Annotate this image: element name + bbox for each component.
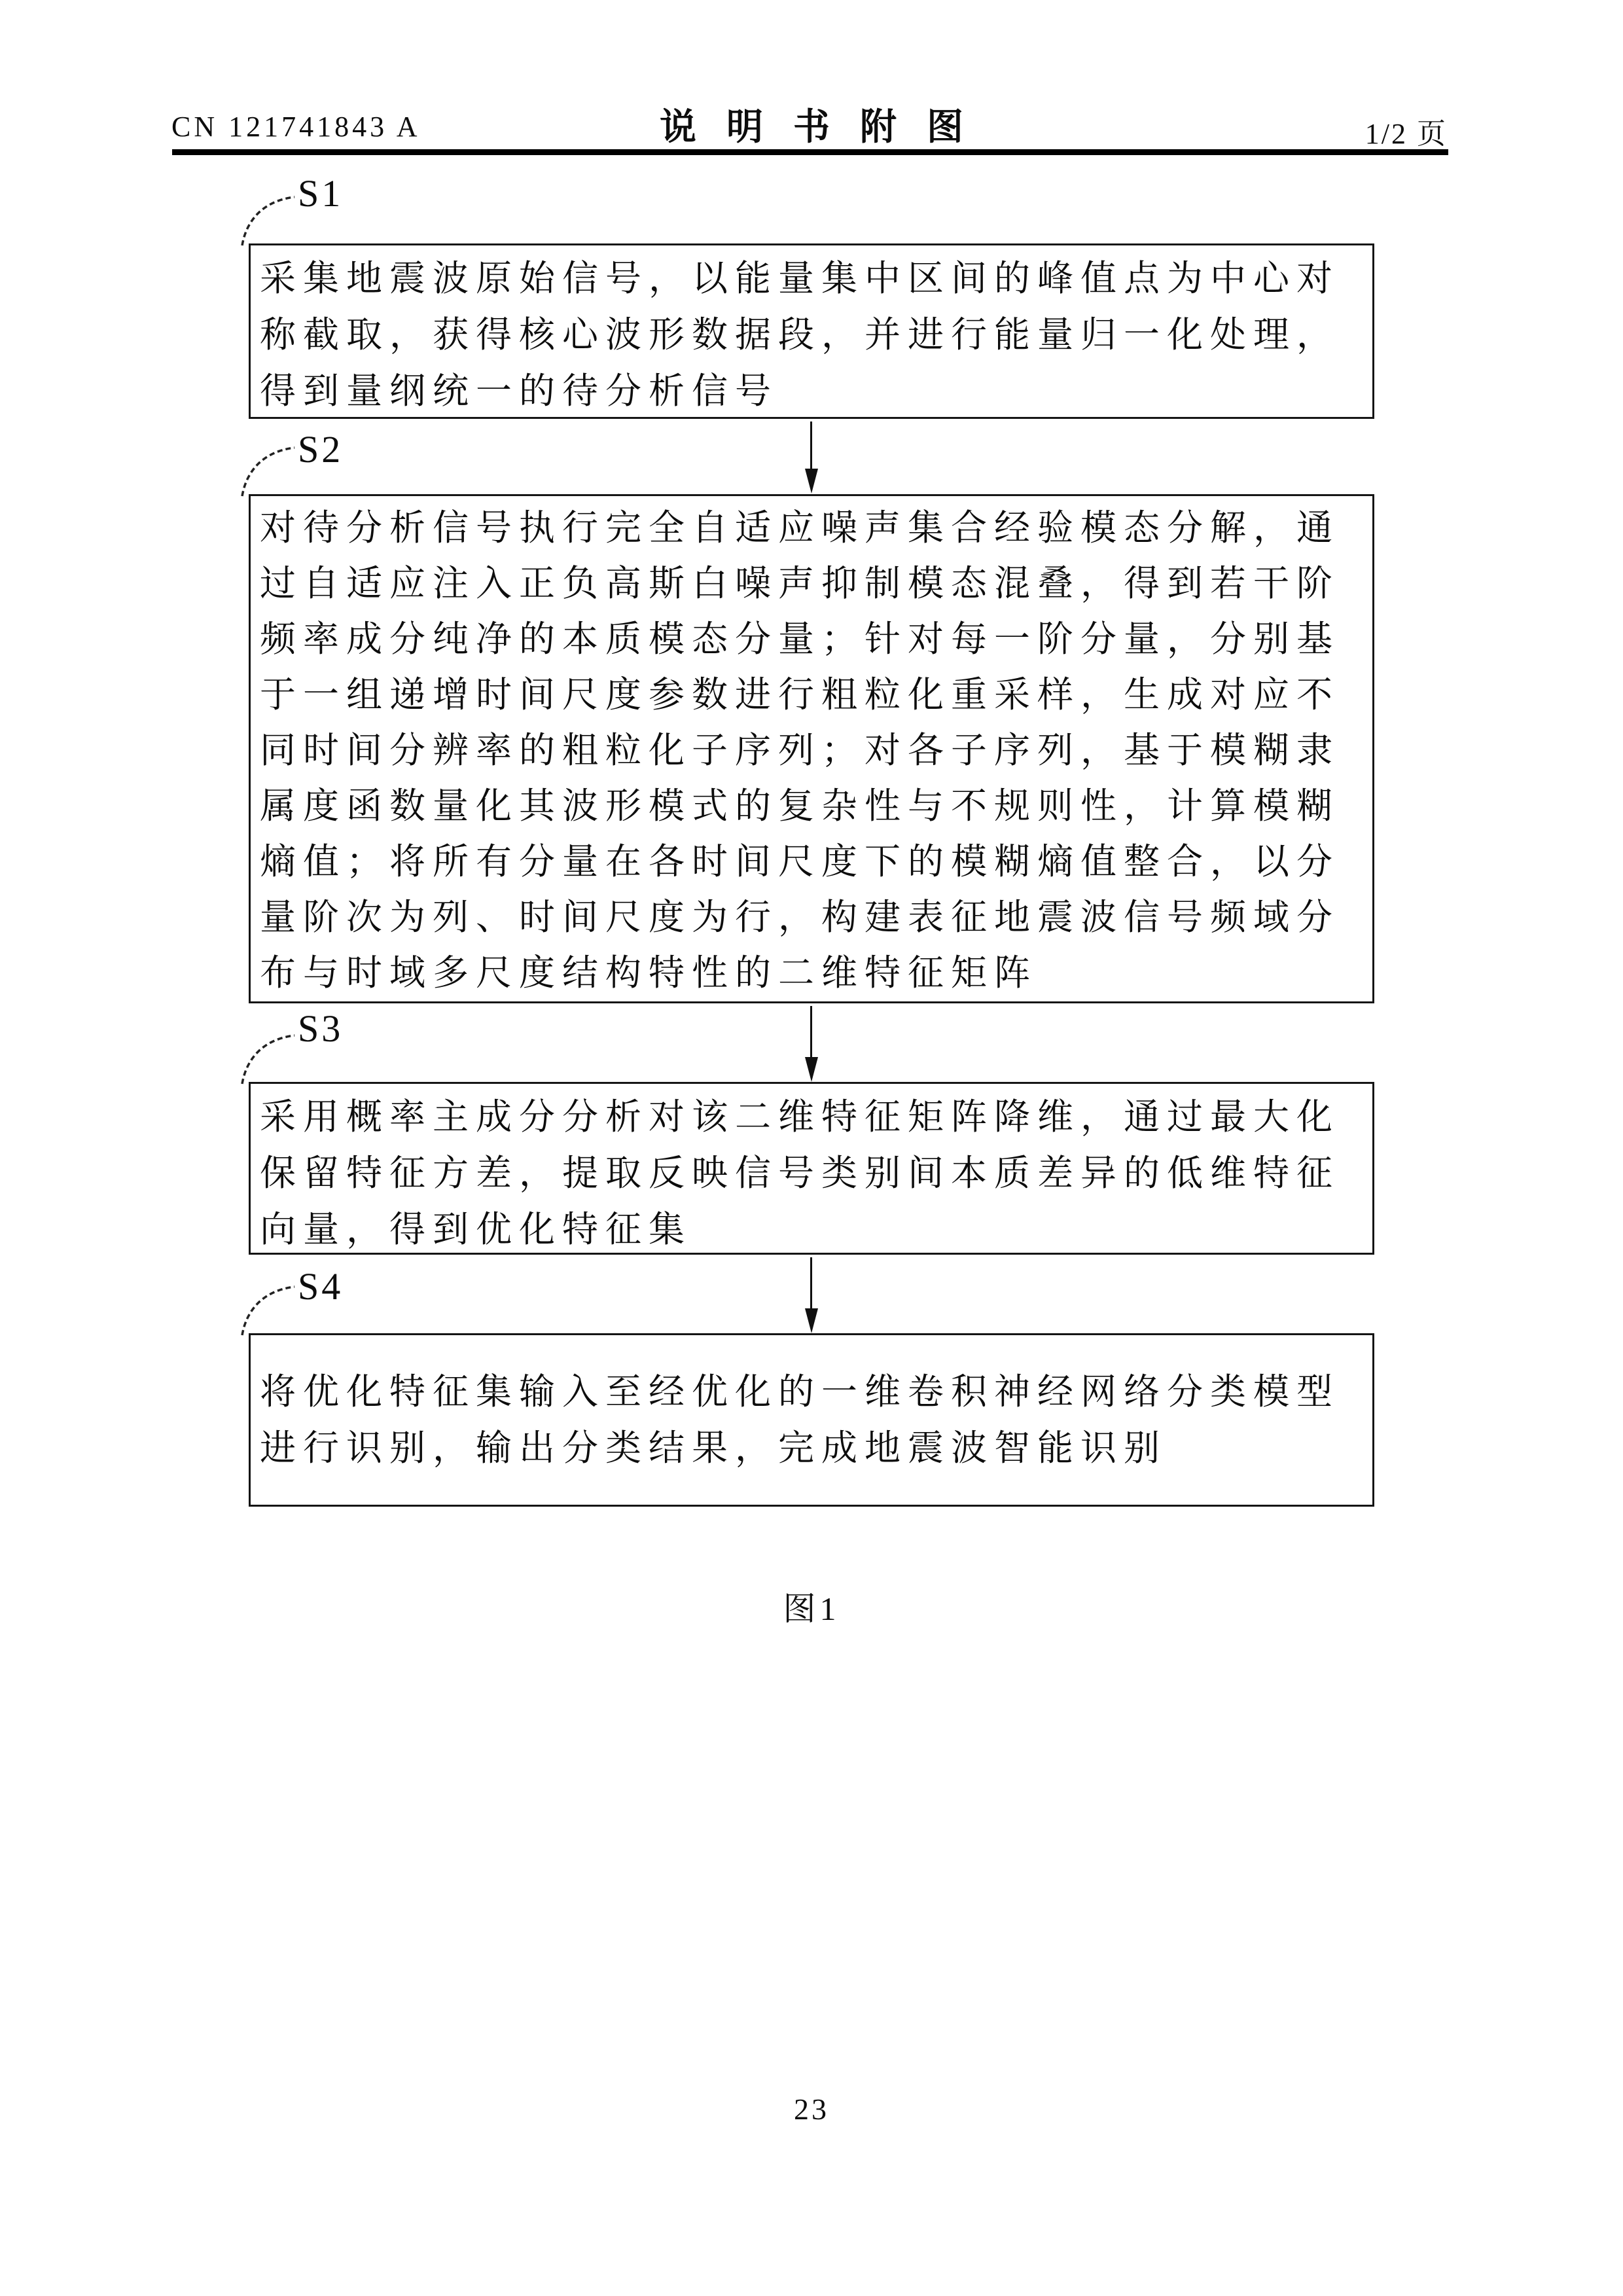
step-label-s1: S1 xyxy=(298,171,343,215)
flow-arrow-shaft xyxy=(810,1257,812,1310)
sheet-indicator: 1/2 页 xyxy=(1365,110,1448,152)
step-label-s4: S4 xyxy=(298,1265,343,1308)
leader-line-s2 xyxy=(240,439,297,499)
flow-box-s1: 采集地震波原始信号，以能量集中区间的峰值点为中心对 称截取，获得核心波形数据段，… xyxy=(249,243,1374,419)
flow-box-s2: 对待分析信号执行完全自适应噪声集合经验模态分解，通 过自适应注入正负高斯白噪声抑… xyxy=(249,494,1374,1003)
page-number: 23 xyxy=(0,2092,1623,2126)
flow-arrow-shaft xyxy=(810,1006,812,1058)
flow-arrow-shaft xyxy=(810,422,812,470)
flow-arrow-head xyxy=(805,469,818,493)
flow-box-s3: 采用概率主成分分析对该二维特征矩阵降维，通过最大化 保留特征方差，提取反映信号类… xyxy=(249,1082,1374,1255)
flow-box-s4: 将优化特征集输入至经优化的一维卷积神经网络分类模型 进行识别，输出分类结果，完成… xyxy=(249,1333,1374,1507)
leader-line-s1 xyxy=(240,188,297,248)
step-label-s2: S2 xyxy=(298,427,343,471)
step-label-s3: S3 xyxy=(298,1007,343,1050)
leader-line-s3 xyxy=(240,1026,297,1086)
figure-caption: 图1 xyxy=(249,1583,1374,1630)
header-rule xyxy=(172,149,1448,155)
leader-line-s4 xyxy=(240,1278,297,1338)
flow-arrow-head xyxy=(805,1308,818,1333)
flow-arrow-head xyxy=(805,1057,818,1082)
patent-drawings-page: CN 121741843 A 说明书附图 1/2 页 S1 采集地震波原始信号，… xyxy=(0,0,1623,2296)
